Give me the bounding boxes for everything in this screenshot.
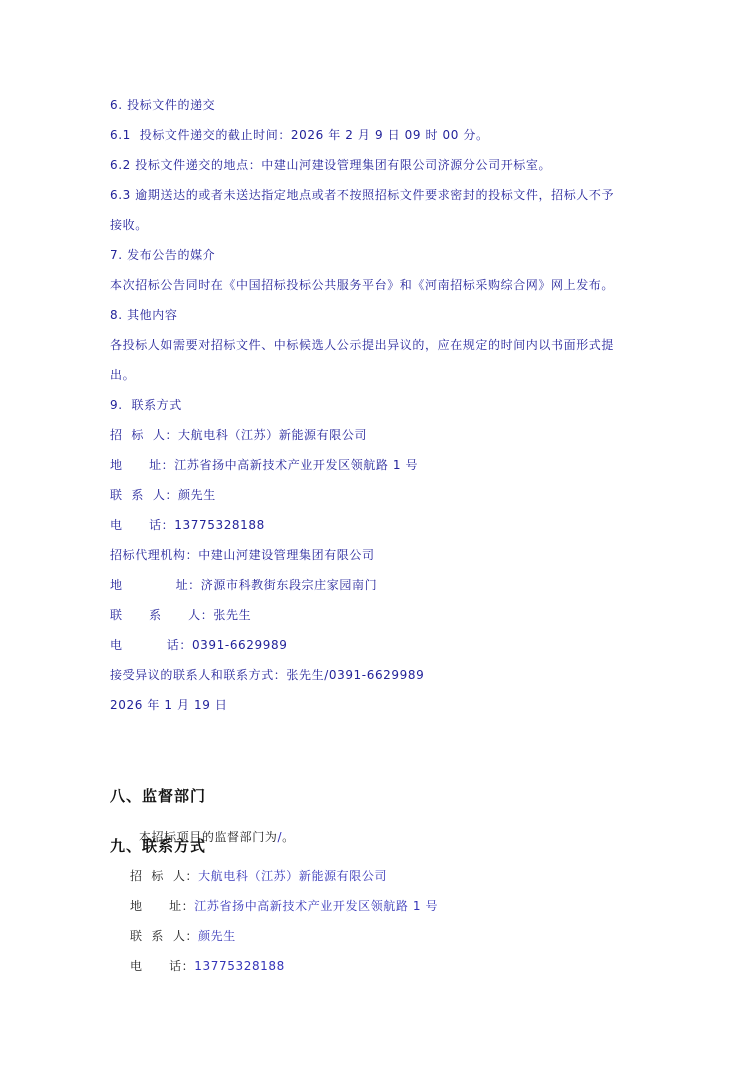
tenderer: 招 标 人：大航电科（江苏）新能源有限公司 (110, 427, 367, 443)
section-9-title: 9. 联系方式 (110, 397, 182, 413)
tenderer-contact: 联 系 人：颜先生 (110, 487, 216, 503)
agency-contact: 联 系 人：张先生 (110, 607, 251, 623)
publication-media: 本次招标公告同时在《中国招标投标公共服务平台》和《河南招标采购综合网》网上发布。 (110, 277, 614, 293)
contact-row: 联 系 人：颜先生 (130, 928, 236, 944)
submission-deadline: 6.1 投标文件递交的截止时间：2026 年 2 月 9 日 09 时 00 分… (110, 127, 489, 143)
contact-value: 13775328188 (194, 959, 285, 973)
contact-value: 大航电科（江苏）新能源有限公司 (198, 869, 387, 883)
submission-location: 6.2 投标文件递交的地点：中建山河建设管理集团有限公司济源分公司开标室。 (110, 157, 551, 173)
contact-row: 地 址：江苏省扬中高新技术产业开发区领航路 1 号 (130, 898, 438, 914)
contact-row: 电 话：13775328188 (130, 958, 285, 974)
contact-label: 地 址： (130, 899, 194, 913)
section-8-title: 8. 其他内容 (110, 307, 177, 323)
contact-value: 颜先生 (198, 929, 236, 943)
objection-contact: 接受异议的联系人和联系方式：张先生/0391-6629989 (110, 667, 424, 683)
contact-label: 招 标 人： (130, 869, 198, 883)
heading-supervision: 八、监督部门 (110, 786, 206, 806)
agency-phone: 电 话：0391-6629989 (110, 637, 287, 653)
contact-label: 电 话： (130, 959, 194, 973)
late-submission-rule-cont: 接收。 (110, 217, 148, 233)
section-6-title: 6. 投标文件的递交 (110, 97, 215, 113)
notice-date: 2026 年 1 月 19 日 (110, 697, 228, 713)
objection-note: 各投标人如需要对招标文件、中标候选人公示提出异议的，应在规定的时间内以书面形式提 (110, 337, 614, 353)
contact-value: 江苏省扬中高新技术产业开发区领航路 1 号 (194, 899, 438, 913)
tenderer-address: 地 址：江苏省扬中高新技术产业开发区领航路 1 号 (110, 457, 418, 473)
agency: 招标代理机构：中建山河建设管理集团有限公司 (110, 547, 375, 563)
heading-contact: 九、联系方式 (110, 836, 206, 856)
contact-label: 联 系 人： (130, 929, 198, 943)
objection-note-cont: 出。 (110, 367, 135, 383)
contact-row: 招 标 人：大航电科（江苏）新能源有限公司 (130, 868, 387, 884)
agency-address: 地 址：济源市科教街东段宗庄家园南门 (110, 577, 377, 593)
tenderer-phone: 电 话：13775328188 (110, 517, 265, 533)
late-submission-rule: 6.3 逾期送达的或者未送达指定地点或者不按照招标文件要求密封的投标文件，招标人… (110, 187, 614, 203)
supervision-end: 。 (282, 830, 295, 844)
section-7-title: 7. 发布公告的媒介 (110, 247, 215, 263)
